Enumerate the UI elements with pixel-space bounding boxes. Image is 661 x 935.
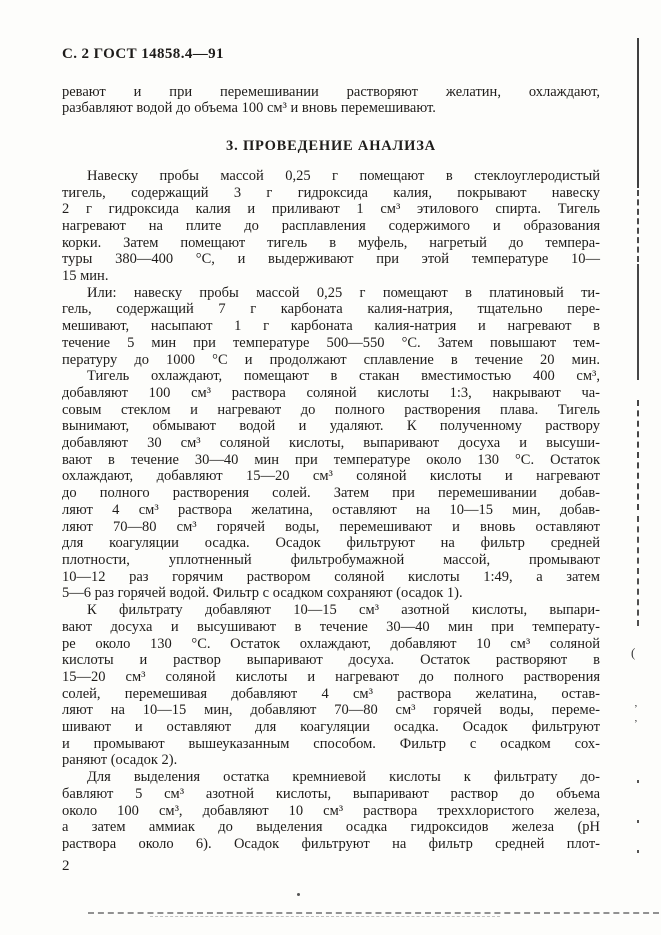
scan-speck: ( [631, 646, 635, 659]
scan-bottom-line [88, 912, 659, 914]
text-line: шивают и оставляют для коагуляции осадка… [62, 719, 600, 736]
page-number: 2 [62, 858, 70, 875]
text-line: корки. Затем помещают тигель в муфель, н… [62, 235, 600, 252]
scan-bottom-line [150, 916, 500, 917]
text-line: раняют (осадок 2). [62, 752, 600, 769]
text-line: вают досуха и высушивают в течение 30—40… [62, 619, 600, 636]
text-line: разбавляют водой до объема 100 см³ и вно… [62, 100, 600, 117]
text-line: а затем аммиак до выделения осадка гидро… [62, 819, 600, 836]
text-line: К фильтрату добавляют 10—15 см³ азотной … [62, 602, 600, 619]
text-line: Для выделения остатка кремниевой кислоты… [62, 769, 600, 786]
scan-edge-line-segment [637, 38, 639, 188]
running-header: С. 2 ГОСТ 14858.4—91 [62, 46, 600, 63]
text-line: плотности, уплотненный фильтробумажной м… [62, 552, 600, 569]
document-body: ревают и при перемешивании растворяют же… [62, 84, 600, 853]
text-line: кислоты и раствор выпаривают досуха. Ост… [62, 652, 600, 669]
text-line: Тигель охлаждают, помещают в стакан вмес… [62, 368, 600, 385]
text-block: С. 2 ГОСТ 14858.4—91 ревают и при переме… [62, 46, 600, 853]
text-line: добавляют 100 см³ раствора соляной кисло… [62, 385, 600, 402]
text-line: туры 380—400 °С, и выдерживают при этой … [62, 251, 600, 268]
text-line: нагревают на плите до расплавления содер… [62, 218, 600, 235]
text-line: ляют 70—80 см³ горячей воды, перемешиваю… [62, 519, 600, 536]
scan-speck [637, 780, 639, 783]
scan-edge-line-segment [637, 190, 639, 262]
text-line: ре около 130 °С. Остаток охлаждают, доба… [62, 636, 600, 653]
scan-edge-line-segment [637, 400, 639, 510]
text-line: пературу до 1000 °С и продолжают сплавле… [62, 352, 600, 369]
scanned-document-page: С. 2 ГОСТ 14858.4—91 ревают и при переме… [0, 0, 661, 935]
text-line: течение 5 мин при температуре 500—550 °С… [62, 335, 600, 352]
text-line: добавляют 30 см³ соляной кислоты, выпари… [62, 435, 600, 452]
scan-speck: ’ [634, 719, 638, 730]
paragraph: К фильтрату добавляют 10—15 см³ азотной … [62, 602, 600, 769]
scan-speck: ’ [634, 704, 638, 715]
text-line: около 100 см³, добавляют 10 см³ раствора… [62, 803, 600, 820]
text-line: охлаждают, добавляют 15—20 см³ соляной к… [62, 468, 600, 485]
text-line: солей, перемешивая добавляют 4 см³ раств… [62, 686, 600, 703]
text-line: ляют 4 см³ раствора желатина, оставляют … [62, 502, 600, 519]
text-line: совым стеклом и нагревают до полного рас… [62, 402, 600, 419]
text-line: тигель, содержащий 3 г гидроксида калия,… [62, 185, 600, 202]
paragraph: Или: навеску пробы массой 0,25 г помещаю… [62, 285, 600, 369]
text-line: гель, содержащий 7 г карбоната калия-нат… [62, 301, 600, 318]
text-line: 5—6 раз горячей водой. Фильтр с осадком … [62, 585, 600, 602]
text-line: бавляют 5 см³ азотной кислоты, выпариваю… [62, 786, 600, 803]
text-line: для коагуляции осадка. Осадок фильтруют … [62, 535, 600, 552]
text-line: 15—20 см³ соляной кислоты и нагревают до… [62, 669, 600, 686]
section-heading: 3. ПРОВЕДЕНИЕ АНАЛИЗА [62, 138, 600, 155]
text-line: раствора около 6). Осадок фильтруют на ф… [62, 836, 600, 853]
text-line: 10—12 раз горячим раствором соляной кисл… [62, 569, 600, 586]
text-line: мешивают, насыпают 1 г карбоната калия-н… [62, 318, 600, 335]
text-line: Или: навеску пробы массой 0,25 г помещаю… [62, 285, 600, 302]
scan-speck [637, 850, 639, 853]
text-line: вают в течение 30—40 мин при температуре… [62, 452, 600, 469]
paragraph: Тигель охлаждают, помещают в стакан вмес… [62, 368, 600, 602]
scan-speck [637, 820, 639, 823]
text-line: ляют на 10—15 мин, добавляют 70—80 см³ г… [62, 702, 600, 719]
text-line: ревают и при перемешивании растворяют же… [62, 84, 600, 101]
scan-edge-line-segment [637, 264, 639, 380]
text-line: вынимают, обмывают водой и удаляют. К по… [62, 418, 600, 435]
text-line: Навеску пробы массой 0,25 г помещают в с… [62, 168, 600, 185]
paragraph: Для выделения остатка кремниевой кислоты… [62, 769, 600, 853]
text-line: 15 мин. [62, 268, 600, 285]
scan-edge-line-segment [637, 516, 639, 626]
paragraph: Навеску пробы массой 0,25 г помещают в с… [62, 168, 600, 285]
paragraph: ревают и при перемешивании растворяют же… [62, 84, 600, 117]
text-line: до полного растворения солей. Затем при … [62, 485, 600, 502]
text-line: и промывают вышеуказанным способом. Филь… [62, 736, 600, 753]
scan-speck [297, 893, 300, 896]
text-line: 2 г гидроксида калия и приливают 1 см³ э… [62, 201, 600, 218]
